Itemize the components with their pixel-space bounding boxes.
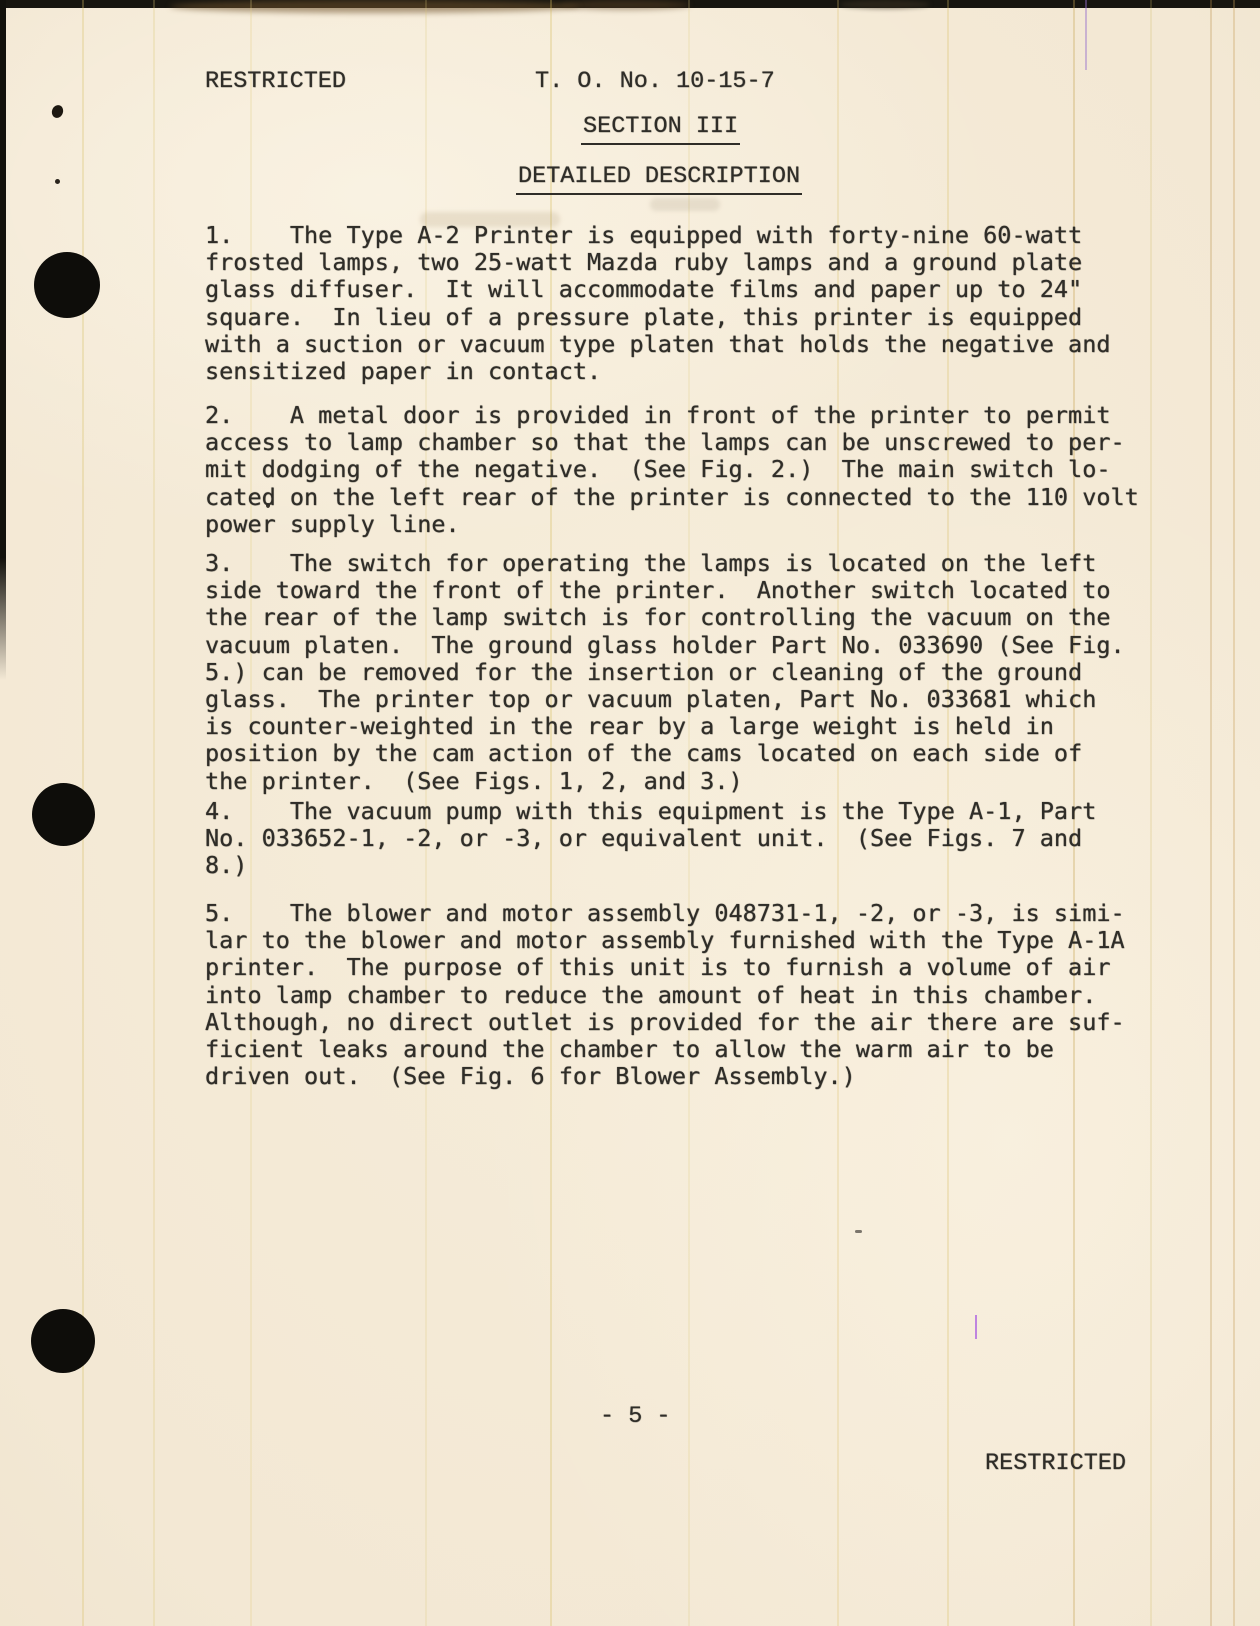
- ink-speck: [55, 179, 60, 184]
- paper-crease: [1085, 0, 1087, 70]
- technical-order-number: T. O. No. 10-15-7: [535, 68, 775, 95]
- punch-hole-middle: [32, 783, 95, 846]
- page-number: - 5 -: [600, 1403, 671, 1430]
- paragraph-2: 2. A metal door is provided in front of …: [205, 402, 1139, 538]
- paper-crease: [153, 0, 155, 1626]
- ink-speck: [855, 1230, 862, 1233]
- classification-footer: RESTRICTED: [985, 1450, 1126, 1477]
- edge-stain: [170, 0, 580, 13]
- paper-smudge: [650, 198, 720, 211]
- punch-hole-top: [34, 252, 100, 318]
- paper-crease: [975, 1315, 977, 1339]
- paragraph-4: 4. The vacuum pump with this equipment i…: [205, 798, 1096, 880]
- paragraph-3: 3. The switch for operating the lamps is…: [205, 550, 1125, 795]
- paper-crease: [1210, 0, 1212, 1626]
- paragraph-1: 1. The Type A-2 Printer is equipped with…: [205, 222, 1110, 385]
- scan-edge-left: [0, 0, 6, 680]
- paper-crease: [1233, 0, 1235, 1626]
- section-subheading: DETAILED DESCRIPTION: [516, 163, 802, 195]
- paper-crease: [1150, 0, 1152, 1626]
- edge-stain: [840, 0, 930, 9]
- section-heading: SECTION III: [581, 113, 740, 145]
- classification-header: RESTRICTED: [205, 68, 346, 95]
- scanned-document-page: RESTRICTED T. O. No. 10-15-7 SECTION III…: [0, 0, 1260, 1626]
- edge-stain: [560, 0, 690, 10]
- ink-speck: [50, 104, 65, 120]
- punch-hole-bottom: [31, 1309, 95, 1373]
- paragraph-5: 5. The blower and motor assembly 048731-…: [205, 900, 1125, 1090]
